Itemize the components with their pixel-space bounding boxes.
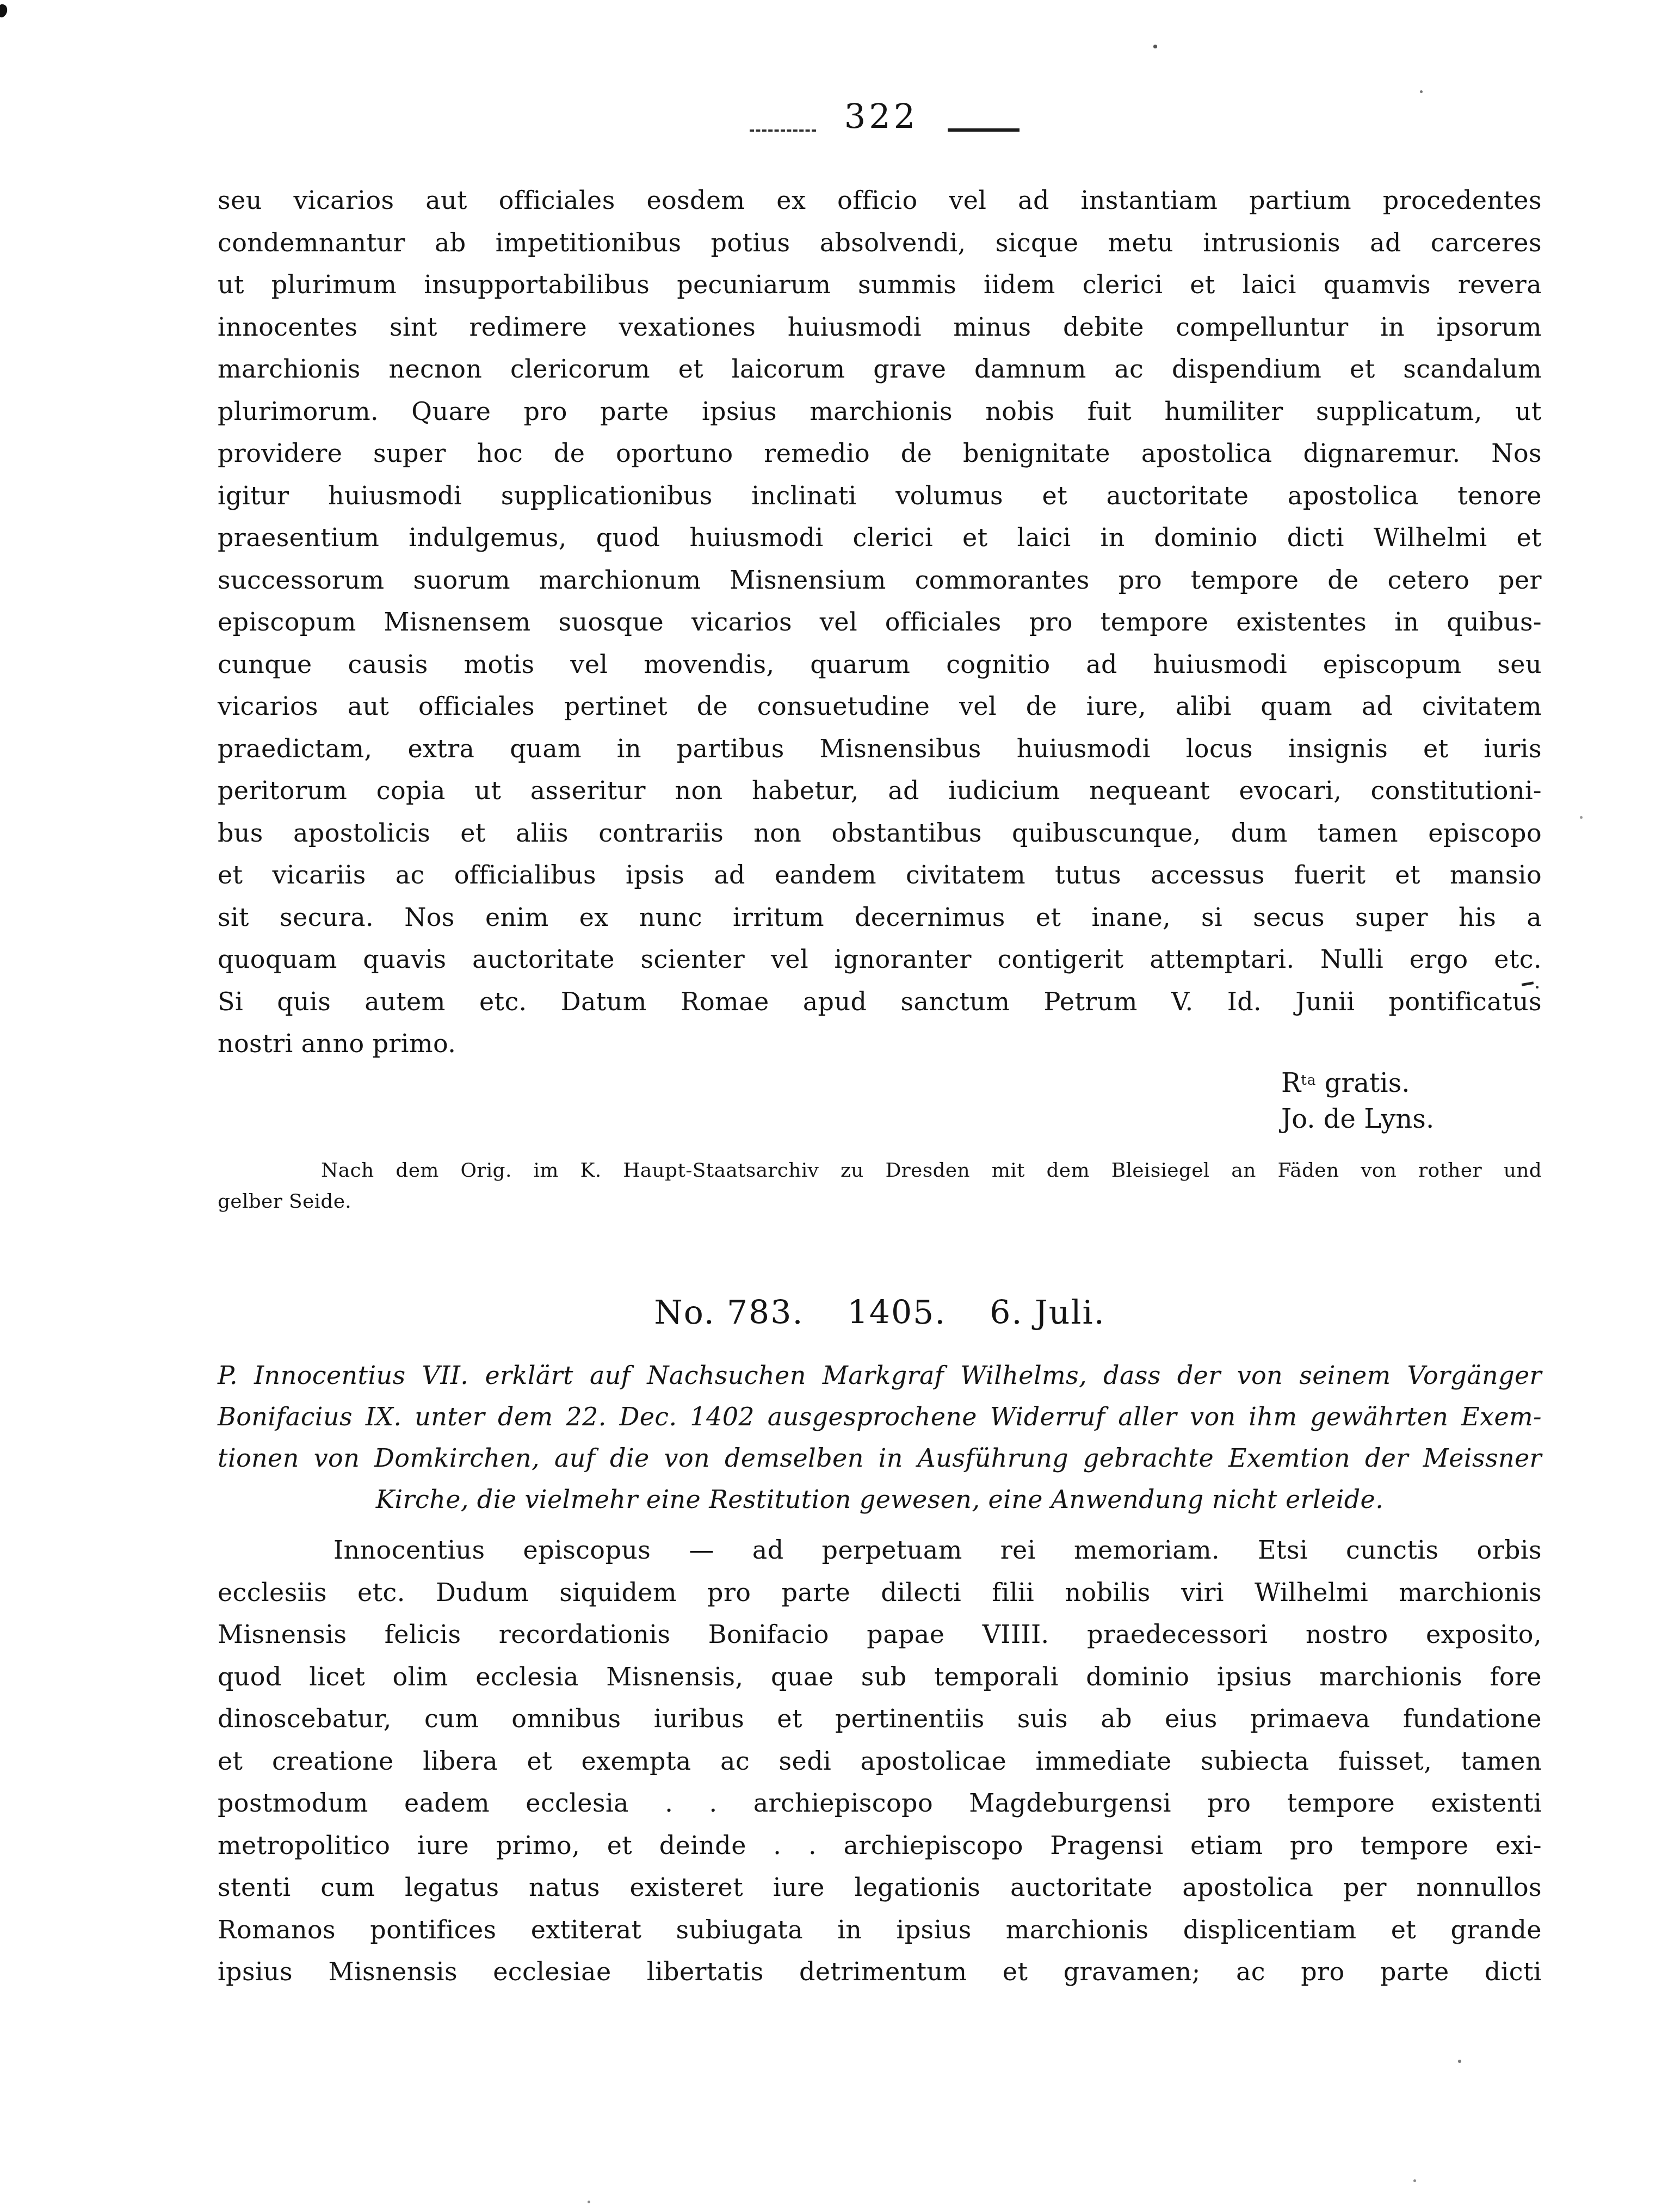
text-line: episcopum Misnensem suosque vicarios vel… (218, 601, 1542, 644)
ink-speck-bottom-1 (1458, 2060, 1461, 2063)
text-line: seu vicarios aut officiales eosdem ex of… (218, 180, 1542, 222)
regest-summary: P. Innocentius VII. erklärt auf Nachsuch… (218, 1355, 1542, 1520)
text-line: stenti cum legatus natus existeret iure … (218, 1867, 1542, 1909)
text-line: nostri anno primo. (218, 1023, 1542, 1065)
ink-speck-right-margin (1580, 816, 1583, 819)
text-line: innocentes sint redimere vexationes huiu… (218, 306, 1542, 349)
text-line: Si quis autem etc. Datum Romae apud sanc… (218, 981, 1542, 1023)
registration-r: R (1281, 1068, 1301, 1098)
latin-charter-text: Innocentius episcopus — ad perpetuam rei… (218, 1529, 1542, 1993)
text-line: tionen von Domkirchen, auf die von demse… (218, 1437, 1542, 1479)
text-line: Innocentius episcopus — ad perpetuam rei… (218, 1529, 1542, 1572)
entry-heading: No. 783. 1405. 6. Juli. (218, 1295, 1542, 1331)
entry-date: 6. Juli. (990, 1295, 1105, 1331)
text-line: P. Innocentius VII. erklärt auf Nachsuch… (218, 1355, 1542, 1396)
registration-line: Rta gratis. (1281, 1062, 1434, 1101)
text-line: Bonifacius IX. unter dem 22. Dec. 1402 a… (218, 1396, 1542, 1437)
ink-speck-bottom-2 (1413, 2179, 1416, 2182)
text-line: et vicariis ac officialibus ipsis ad ean… (218, 854, 1542, 897)
text-line: Nach dem Orig. im K. Haupt-Staatsarchiv … (218, 1155, 1542, 1186)
text-line: quoquam quavis auctoritate scienter vel … (218, 938, 1542, 981)
entry-number: No. 783. (654, 1295, 804, 1331)
registration-superscript: ta (1301, 1072, 1316, 1089)
archival-source-note: Nach dem Orig. im K. Haupt-Staatsarchiv … (218, 1155, 1542, 1217)
text-line: cunque causis motis vel movendis, quarum… (218, 644, 1542, 686)
text-line: plurimorum. Quare pro parte ipsius march… (218, 391, 1542, 433)
latin-charter-continuation: seu vicarios aut officiales eosdem ex of… (218, 180, 1542, 1065)
text-line: providere super hoc de oportuno remedio … (218, 432, 1542, 475)
text-line: bus apostolicis et aliis contrariis non … (218, 812, 1542, 855)
entry-year: 1405. (848, 1295, 947, 1331)
text-line: ipsius Misnensis ecclesiae libertatis de… (218, 1951, 1542, 1993)
ink-speck-top (1153, 45, 1157, 48)
text-line: ecclesiis etc. Dudum siquidem pro parte … (218, 1572, 1542, 1614)
text-line: Romanos pontifices extiterat subiugata i… (218, 1909, 1542, 1951)
text-line: successorum suorum marchionum Misnensium… (218, 559, 1542, 602)
scribe-signature: Jo. de Lyns. (1281, 1101, 1434, 1137)
text-line: postmodum eadem ecclesia . . archiepisco… (218, 1782, 1542, 1825)
ink-speck-bottom-3 (588, 2201, 590, 2203)
text-line: dinoscebatur, cum omnibus iuribus et per… (218, 1698, 1542, 1740)
registration-gratis: gratis. (1316, 1068, 1410, 1098)
text-line: Kirche, die vielmehr eine Restitution ge… (218, 1479, 1542, 1520)
page-number: 322 (827, 98, 936, 134)
text-line: quod licet olim ecclesia Misnensis, quae… (218, 1656, 1542, 1698)
text-line: praedictam, extra quam in partibus Misne… (218, 728, 1542, 770)
header-rule-left (750, 129, 816, 132)
chancery-registration: Rta gratis. Jo. de Lyns. (1281, 1062, 1434, 1137)
text-line: vicarios aut officiales pertinet de cons… (218, 685, 1542, 728)
text-line: condemnantur ab impetitionibus potius ab… (218, 222, 1542, 264)
text-line: et creatione libera et exempta ac sedi a… (218, 1740, 1542, 1783)
ink-speck-corner (0, 3, 9, 18)
text-line: metropolitico iure primo, et deinde . . … (218, 1825, 1542, 1867)
text-line: praesentium indulgemus, quod huiusmodi c… (218, 517, 1542, 559)
text-line: marchionis necnon clericorum et laicorum… (218, 348, 1542, 391)
header-rule-right (948, 128, 1020, 132)
text-line: ut plurimum insupportabilibus pecuniarum… (218, 264, 1542, 306)
text-line: igitur huiusmodi supplicationibus inclin… (218, 475, 1542, 517)
text-line: peritorum copia ut asseritur non habetur… (218, 770, 1542, 812)
text-line: gelber Seide. (218, 1186, 1542, 1217)
text-line: sit secura. Nos enim ex nunc irritum dec… (218, 897, 1542, 939)
text-line: Misnensis felicis recordationis Bonifaci… (218, 1614, 1542, 1656)
ink-speck-upper-right (1420, 90, 1423, 93)
